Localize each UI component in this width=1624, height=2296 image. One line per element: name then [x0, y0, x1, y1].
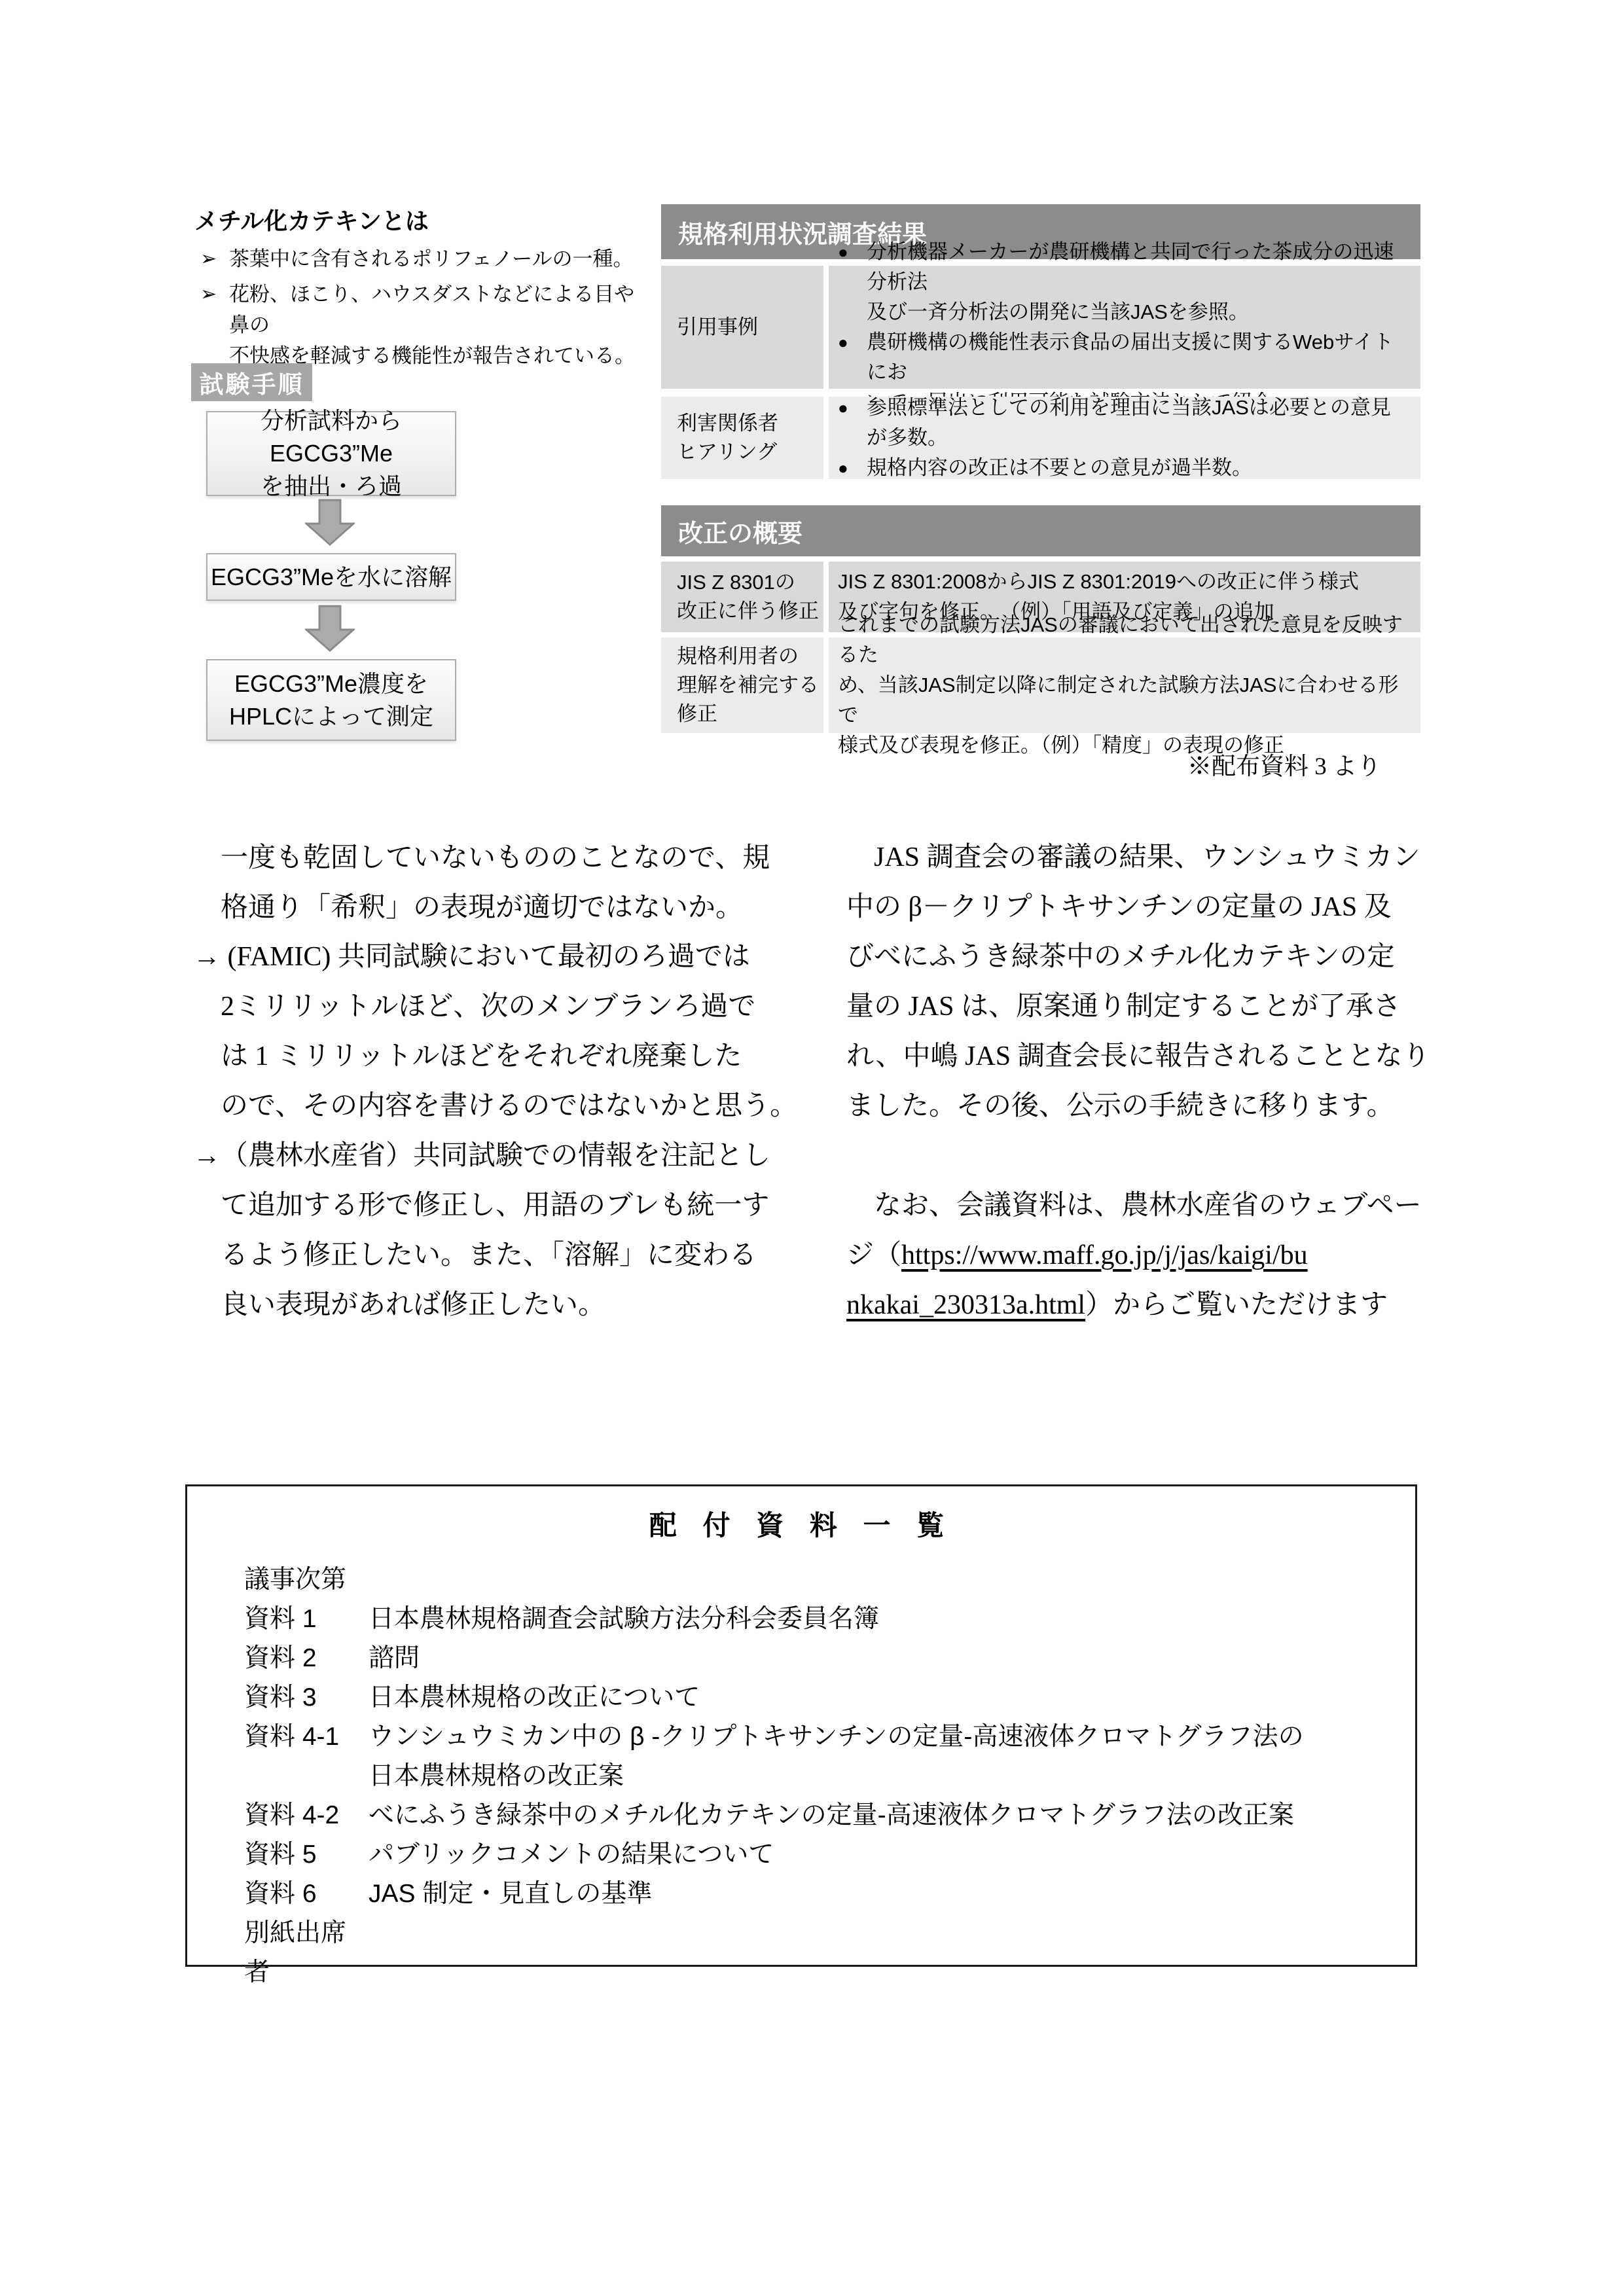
list-item: 資料 3 日本農林規格の改正について	[244, 1678, 1403, 1717]
dot-bullet-icon: ●	[838, 237, 867, 327]
minutes-result-paragraph: JAS 調査会の審議の結果、ウンシュウミカン 中の β－クリプトキサンチンの定量…	[846, 833, 1437, 1131]
revision-table-title: 改正の概要	[661, 513, 803, 549]
minutes-question: 一度も乾固していないもののことなので、規 格通り「希釈」の表現が適切ではないか。	[193, 833, 814, 932]
down-arrow-icon	[305, 605, 355, 652]
doc-title	[369, 1560, 1403, 1600]
down-arrow-icon	[305, 499, 355, 546]
minutes-web-paragraph: なお、会議資料は、農林水産省のウェブペー ジ（https://www.maff.…	[846, 1181, 1437, 1330]
doc-number: 資料 5	[244, 1835, 369, 1874]
flow-step-text: EGCG3”Meを水に溶解	[211, 561, 452, 594]
flow-step-extract-filter: 分析試料からEGCG3”Me を抽出・ろ過	[206, 411, 456, 496]
doc-title: ウンシュウミカン中の β -クリプトキサンチンの定量-高速液体クロマトグラフ法の…	[369, 1717, 1403, 1796]
bullet-text: 花粉、ほこり、ハウスダストなどによる目や鼻の 不快感を軽減する機能性が報告されて…	[229, 279, 645, 371]
procedure-label-badge: 試験手順	[191, 363, 312, 401]
doc-number: 資料 6	[244, 1874, 369, 1914]
list-item: ● 分析機器メーカーが農研機構と共同で行った茶成分の迅速分析法 及び一斉分析法の…	[838, 237, 1407, 327]
row-label: 規格利用者の 理解を補完する 修正	[661, 637, 823, 733]
handout-list-title: 配 付 資 料 一 覧	[185, 1504, 1417, 1543]
minutes-answer-maff: →（農林水産省）共同試験での情報を注記とし て追加する形で修正し、用語のブレも統…	[193, 1131, 814, 1330]
doc-number: 資料 4-1	[244, 1717, 369, 1796]
bullet-text: 茶葉中に含有されるポリフェノールの一種。	[229, 243, 634, 274]
list-item: 別紙出席者	[244, 1914, 1403, 1992]
flow-step-text: 分析試料からEGCG3”Me を抽出・ろ過	[208, 404, 455, 503]
list-item: ● 規格内容の改正は不要との意見が過半数。	[838, 453, 1407, 483]
table-row-stakeholder-hearing: 利害関係者 ヒアリング ● 参照標準法としての利用を理由に当該JASは必要との意…	[661, 397, 1420, 479]
list-item: 資料 5 パブリックコメントの結果について	[244, 1835, 1403, 1874]
methylated-catechin-heading: メチル化カテキンとは	[194, 207, 429, 236]
list-item: ➢ 花粉、ほこり、ハウスダストなどによる目や鼻の 不快感を軽減する機能性が報告さ…	[200, 279, 645, 371]
row-content: これまでの試験方法JASの審議において出された意見を反映するた め、当該JAS制…	[829, 637, 1420, 733]
doc-number: 議事次第	[244, 1560, 369, 1600]
row-label: 利害関係者 ヒアリング	[661, 397, 823, 479]
row-label: JIS Z 8301の 改正に伴う修正	[661, 562, 823, 632]
minutes-answer-famic: → (FAMIC) 共同試験において最初のろ過では 2ミリリットルほど、次のメン…	[193, 932, 814, 1131]
bullet-text: 参照標準法としての利用を理由に当該JASは必要との意見が多数。	[867, 393, 1407, 453]
dot-bullet-icon: ●	[838, 393, 867, 453]
table-row-user-comprehension: 規格利用者の 理解を補完する 修正 これまでの試験方法JASの審議において出され…	[661, 637, 1420, 733]
doc-number: 資料 4-2	[244, 1796, 369, 1835]
list-item: 資料 2 諮問	[244, 1639, 1403, 1678]
arrow-bullet-icon: ➢	[200, 279, 229, 371]
doc-title: パブリックコメントの結果について	[369, 1835, 1403, 1874]
arrow-bullet-icon: ➢	[200, 243, 229, 274]
doc-title: べにふうき緑茶中のメチル化カテキンの定量-高速液体クロマトグラフ法の改正案	[369, 1796, 1403, 1835]
list-item: 資料 1 日本農林規格調査会試験方法分科会委員名簿	[244, 1600, 1403, 1639]
flow-step-hplc-measure: EGCG3”Me濃度を HPLCによって測定	[206, 659, 456, 741]
definition-bullet-list: ➢ 茶葉中に含有されるポリフェノールの一種。 ➢ 花粉、ほこり、ハウスダストなど…	[200, 243, 645, 376]
bullet-text: 規格内容の改正は不要との意見が過半数。	[867, 453, 1252, 483]
row-label: 引用事例	[661, 266, 823, 389]
row-text: これまでの試験方法JASの審議において出された意見を反映するた め、当該JAS制…	[838, 610, 1407, 761]
document-page: メチル化カテキンとは ➢ 茶葉中に含有されるポリフェノールの一種。 ➢ 花粉、ほ…	[0, 0, 1624, 2296]
doc-title: 諮問	[369, 1639, 1403, 1678]
doc-title: 日本農林規格調査会試験方法分科会委員名簿	[369, 1600, 1403, 1639]
revision-table-header: 改正の概要	[661, 505, 1420, 556]
doc-number: 資料 1	[244, 1600, 369, 1639]
doc-number: 別紙出席者	[244, 1914, 369, 1992]
list-item: 資料 4-2 べにふうき緑茶中のメチル化カテキンの定量-高速液体クロマトグラフ法…	[244, 1796, 1403, 1835]
list-item: ● 参照標準法としての利用を理由に当該JASは必要との意見が多数。	[838, 393, 1407, 453]
blank-line	[846, 1131, 1437, 1181]
table-row-citation-examples: 引用事例 ● 分析機器メーカーが農研機構と共同で行った茶成分の迅速分析法 及び一…	[661, 266, 1420, 389]
dot-bullet-icon: ●	[838, 453, 867, 483]
doc-title: JAS 制定・見直しの基準	[369, 1874, 1403, 1914]
list-item: 資料 6 JAS 制定・見直しの基準	[244, 1874, 1403, 1914]
flow-step-text: EGCG3”Me濃度を HPLCによって測定	[229, 668, 433, 733]
bullet-text: 分析機器メーカーが農研機構と共同で行った茶成分の迅速分析法 及び一斉分析法の開発…	[867, 237, 1407, 327]
list-item: 議事次第	[244, 1560, 1403, 1600]
handout-list: 議事次第 資料 1 日本農林規格調査会試験方法分科会委員名簿 資料 2 諮問 資…	[244, 1560, 1403, 1992]
row-content: ● 分析機器メーカーが農研機構と共同で行った茶成分の迅速分析法 及び一斉分析法の…	[829, 266, 1420, 389]
row-content: ● 参照標準法としての利用を理由に当該JASは必要との意見が多数。 ● 規格内容…	[829, 397, 1420, 479]
list-item: ➢ 茶葉中に含有されるポリフェノールの一種。	[200, 243, 645, 274]
flow-step-dissolve: EGCG3”Meを水に溶解	[206, 553, 456, 601]
doc-number: 資料 3	[244, 1678, 369, 1717]
minutes-left-column: 一度も乾固していないもののことなので、規 格通り「希釈」の表現が適切ではないか。…	[193, 833, 814, 1330]
minutes-right-column: JAS 調査会の審議の結果、ウンシュウミカン 中の β－クリプトキサンチンの定量…	[846, 833, 1437, 1330]
source-note: ※配布資料 3 より	[661, 746, 1381, 781]
doc-title: 日本農林規格の改正について	[369, 1678, 1403, 1717]
doc-number: 資料 2	[244, 1639, 369, 1678]
web-paragraph-suffix: ）からご覧いただけます	[1085, 1290, 1388, 1320]
list-item: 資料 4-1 ウンシュウミカン中の β -クリプトキサンチンの定量-高速液体クロ…	[244, 1717, 1403, 1796]
doc-title	[369, 1914, 1403, 1992]
